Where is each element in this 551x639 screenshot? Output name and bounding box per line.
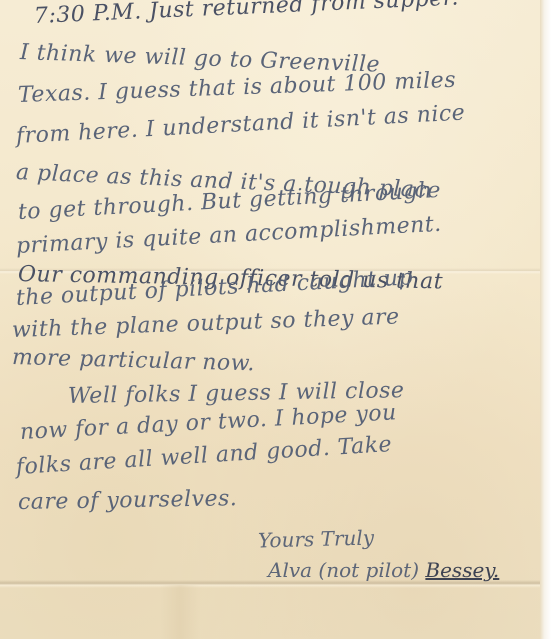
letter-line: from here. I understand it isn't as nice	[15, 100, 465, 149]
signature-first-name: Alva	[268, 558, 312, 582]
letter-closing: Yours Truly	[258, 525, 375, 552]
letter-line: with the plane output so they are	[12, 304, 400, 343]
signature-note: (not pilot)	[318, 558, 419, 582]
letter-line: Texas. I guess that is about 100 miles	[18, 68, 457, 108]
letter-line: more particular now.	[12, 345, 256, 376]
letter-line: care of yourselves.	[18, 486, 238, 515]
page-edge	[540, 0, 551, 639]
letter-page: 7:30 P.M. Just returned from supper. I t…	[0, 0, 551, 639]
letter-signature: Alva (not pilot) Bessey.	[268, 558, 499, 582]
letter-line: 7:30 P.M. Just returned from supper.	[33, 0, 459, 29]
paper-stain	[160, 585, 200, 639]
signature-last-name: Bessey.	[425, 558, 499, 582]
